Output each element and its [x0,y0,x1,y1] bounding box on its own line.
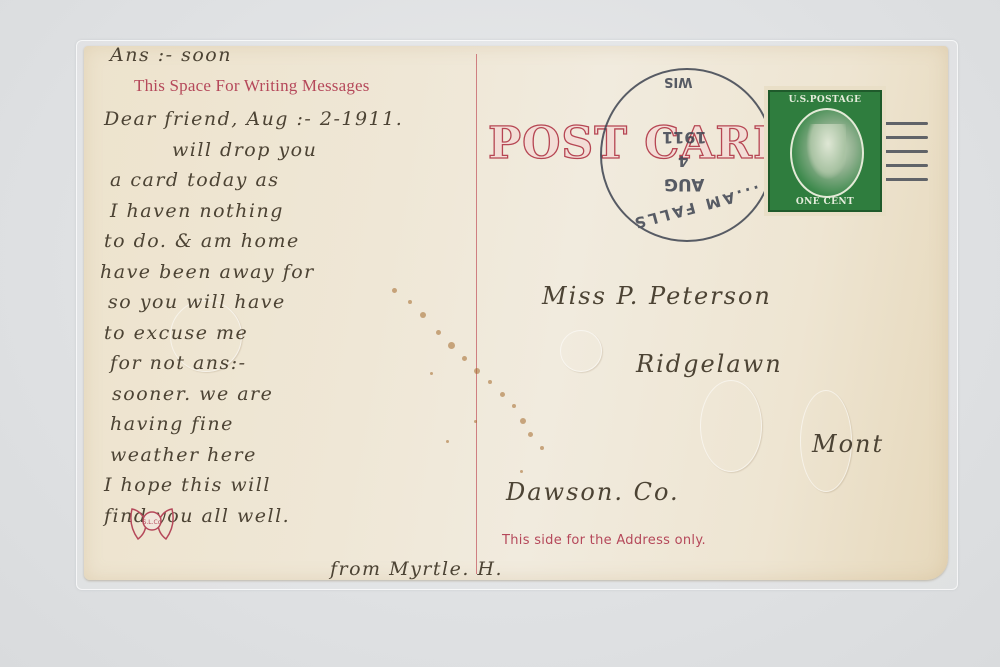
handwritten-top-note: Ans :- soon [110,44,232,66]
stamp-top-text: U.S.POSTAGE [770,95,880,105]
stain-spot [500,392,505,397]
publisher-emblem-icon: S.L.Co [128,505,176,541]
postage-stamp: U.S.POSTAGE ONE CENT [764,86,886,216]
message-line: to do. & am home [104,230,300,252]
message-line: to excuse me [104,322,248,344]
stain-spot [436,330,441,335]
message-line: Dear friend, Aug :- 2-1911. [104,108,403,130]
stamp-portrait-frame [790,108,864,198]
message-line: will drop you [172,139,317,161]
portrait-icon [806,124,846,180]
message-line: having fine [110,413,234,435]
stamp-bottom-text: ONE CENT [770,197,880,207]
center-divider-line [476,54,477,574]
stain-spot [420,312,426,318]
embossed-ornament [560,330,602,372]
recipient-city: Ridgelawn [636,350,783,378]
message-line: for not ans:- [110,352,247,374]
message-space-header: This Space For Writing Messages [134,76,370,96]
embossed-ornament [700,380,762,472]
message-line: so you will have [108,291,286,313]
message-line: a card today as [110,169,280,191]
svg-text:S.L.Co: S.L.Co [143,519,162,526]
cancellation-lines [880,122,928,192]
stain-spot [474,368,480,374]
recipient-name: Miss P. Peterson [542,282,772,310]
postmark: WIS 1911 4 AUG ...AM FALLS [600,68,774,242]
stain-spot [448,342,455,349]
stamp-face: U.S.POSTAGE ONE CENT [768,90,882,212]
stain-spot [430,372,433,375]
address-side-footer: This side for the Address only. [502,533,706,548]
postmark-day: 4 [678,152,688,170]
postmark-month: AUG [664,174,704,194]
stain-spot [520,418,526,424]
message-line: weather here [110,444,257,466]
recipient-county: Dawson. Co. [506,478,680,506]
stain-spot [446,440,449,443]
stain-spot [392,288,397,293]
stain-spot [408,300,412,304]
stain-spot [520,470,523,473]
recipient-state: Mont [812,430,884,458]
stain-spot [474,420,477,423]
postmark-state: WIS [664,74,693,89]
message-line: from Myrtle. H. [330,558,503,580]
stain-spot [488,380,492,384]
postmark-year: 1911 [662,128,707,147]
message-line: sooner. we are [112,383,273,405]
stain-spot [462,356,467,361]
stain-spot [528,432,533,437]
stain-spot [540,446,544,450]
message-line: I hope this will [104,474,271,496]
message-line: have been away for [100,261,315,283]
stain-spot [512,404,516,408]
message-line: I haven nothing [110,200,284,222]
